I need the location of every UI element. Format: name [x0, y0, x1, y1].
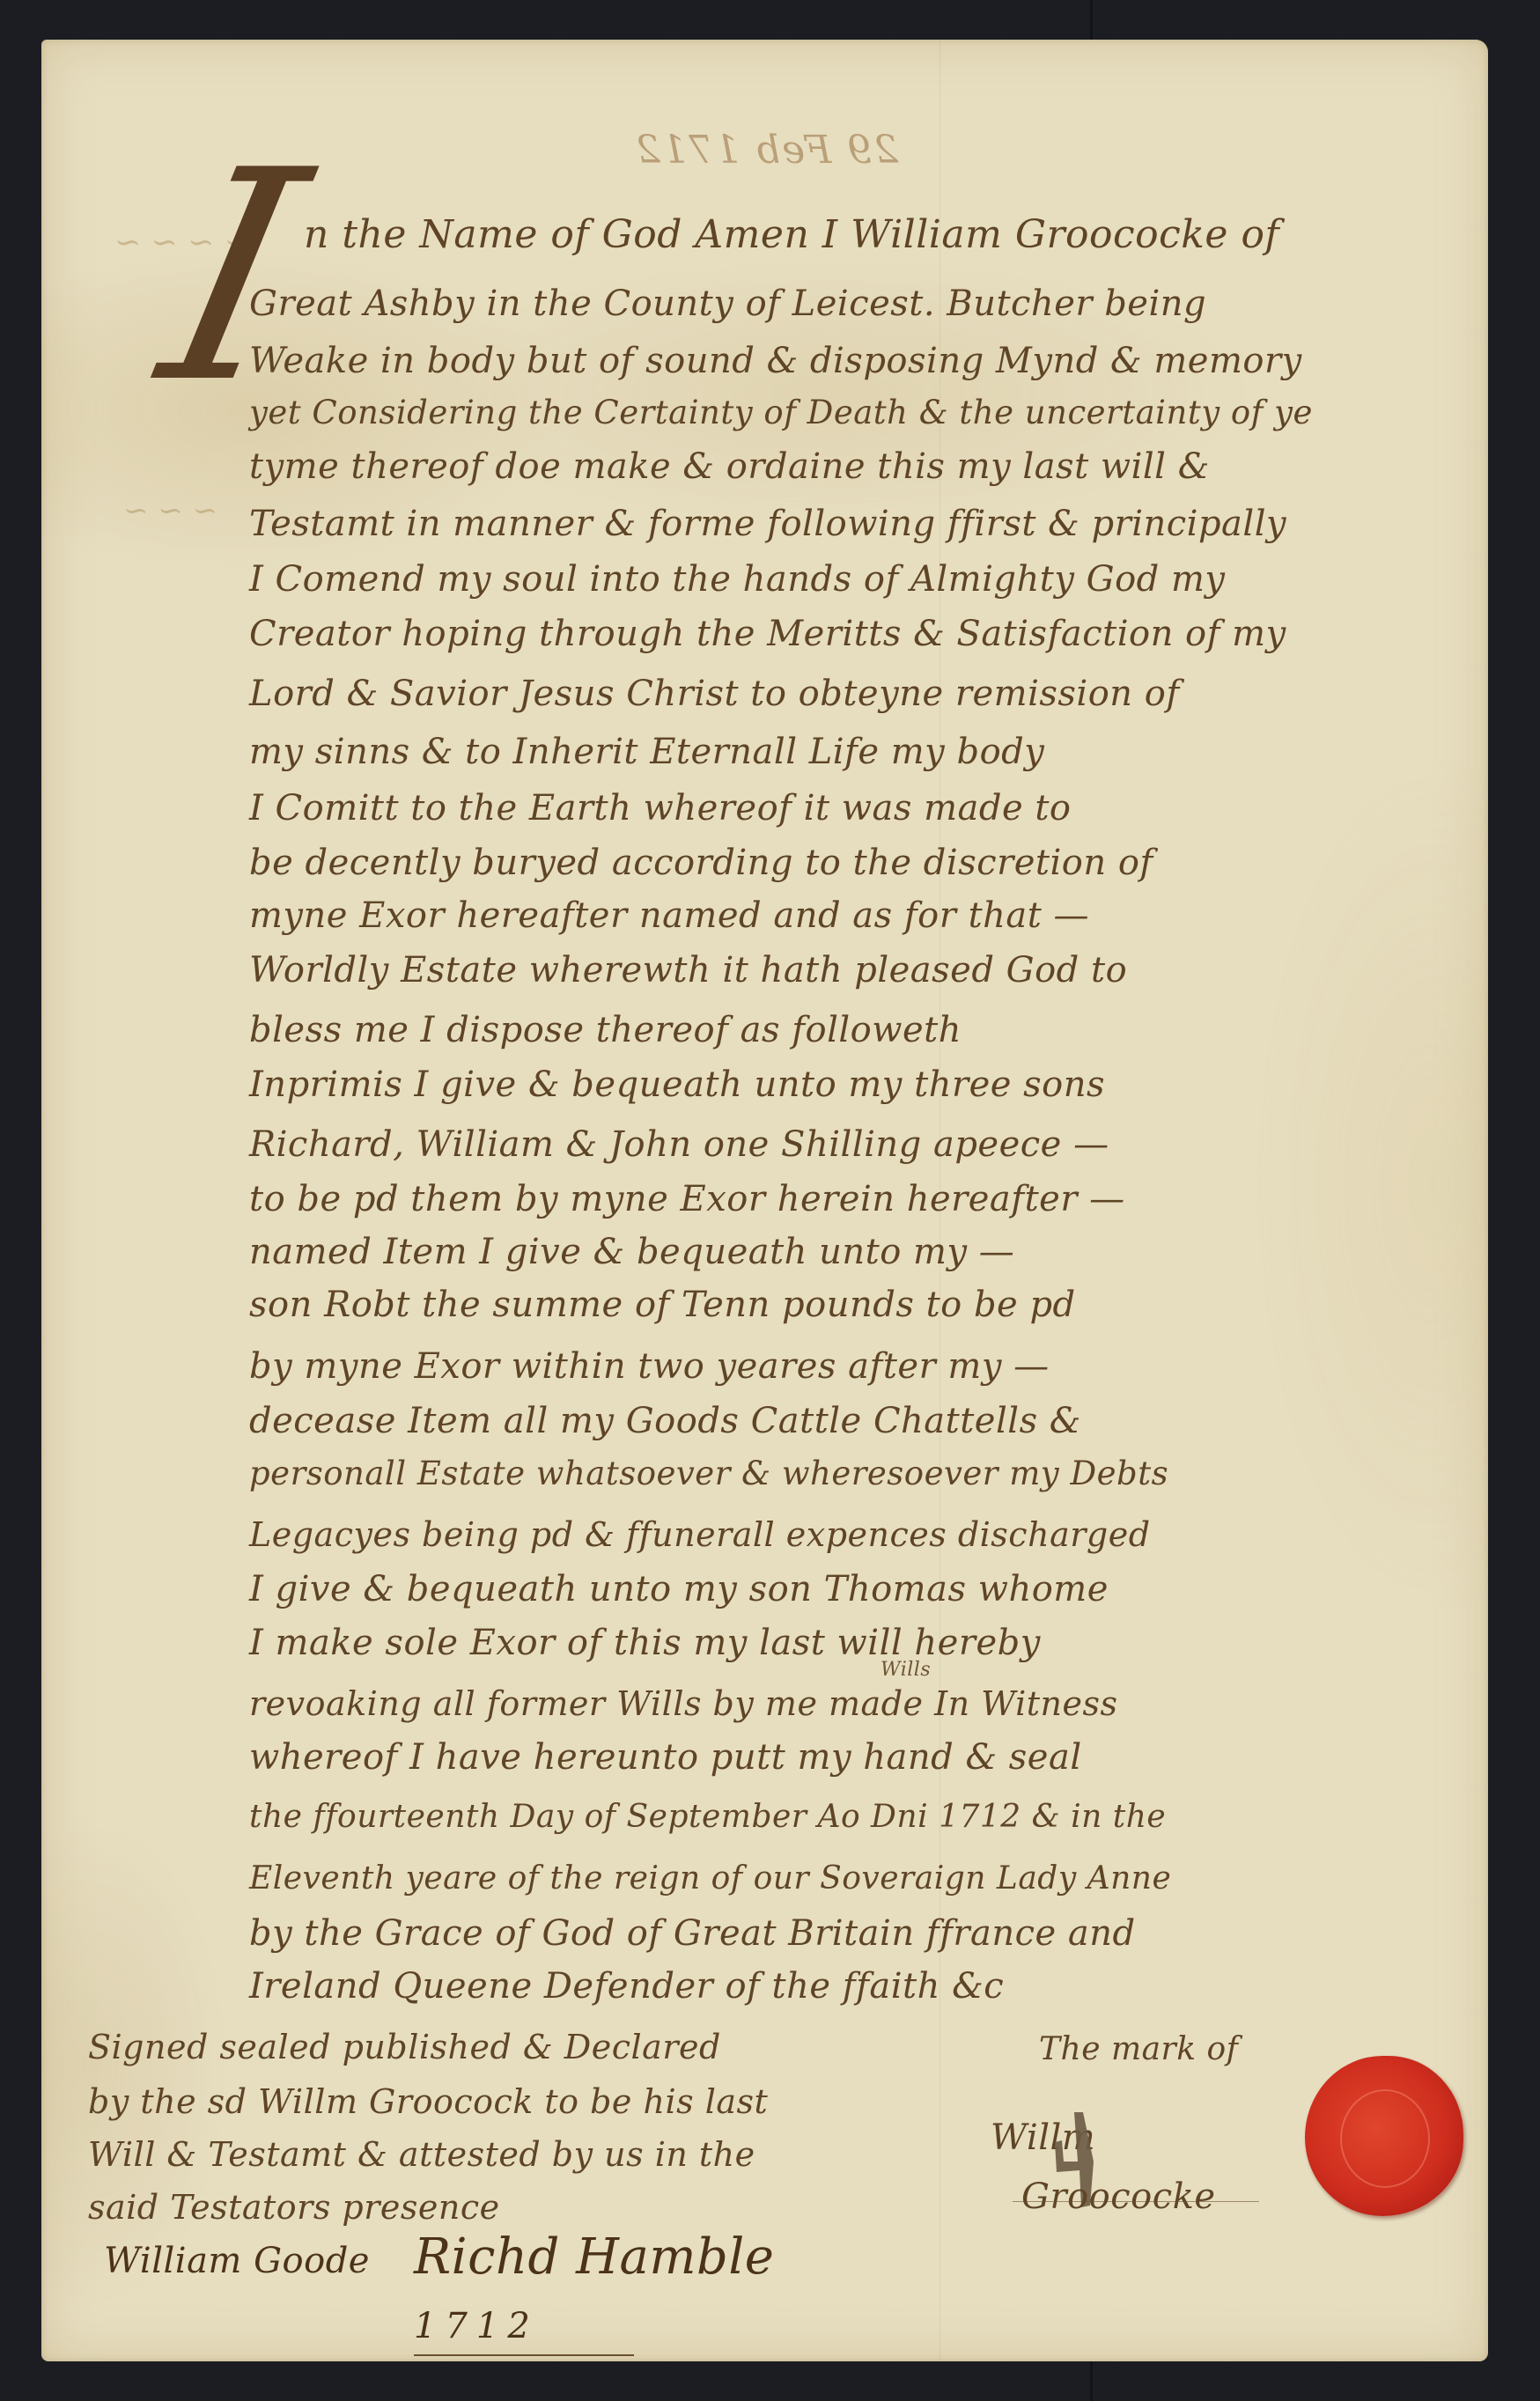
will-line-5: tyme thereof doe make & ordaine this my … — [249, 449, 1210, 484]
will-line-14: Worldly Estate wherewth it hath pleased … — [249, 953, 1127, 988]
witness-flourish-underline — [414, 2354, 634, 2356]
will-line-20: son Robt the summe of Tenn pounds to be … — [249, 1287, 1076, 1322]
will-line-10: my sinns & to Inherit Eternall Life my b… — [249, 734, 1044, 770]
will-line-30: Eleventh yeare of the reign of our Sover… — [249, 1863, 1171, 1895]
will-line-32: Ireland Queene Defender of the ffaith &c — [249, 1969, 1004, 2004]
will-line-7: I Comend my soul into the hands of Almig… — [249, 562, 1226, 597]
testator-mark-label: The mark of — [1039, 2034, 1239, 2066]
will-line-17: Richard, William & John one Shilling ape… — [249, 1127, 1109, 1162]
will-line-21: by myne Exor within two yeares after my … — [249, 1349, 1050, 1384]
will-line-31: by the Grace of God of Great Britain ffr… — [249, 1916, 1136, 1951]
will-line-29: the ffourteenth Day of September Ao Dni … — [249, 1801, 1166, 1833]
will-line-8: Creator hoping through the Meritts & Sat… — [249, 616, 1286, 652]
will-line-27: revoaking all former Wills by me made In… — [249, 1687, 1117, 1720]
bleed-through-text: ~ ~ ~ — [123, 493, 217, 528]
will-line-1: n the Name of God Amen I William Groococ… — [304, 216, 1279, 254]
will-line-23: personall Estate whatsoever & wheresoeve… — [249, 1457, 1168, 1490]
interlineation-wills: Wills — [881, 1661, 931, 1680]
will-line-4: yet Considering the Certainty of Death &… — [249, 396, 1313, 429]
witness-signature-william-goode: William Goode — [104, 2243, 370, 2279]
will-line-3: Weake in body but of sound & disposing M… — [249, 343, 1302, 379]
will-line-16: Inprimis I give & bequeath unto my three… — [249, 1067, 1105, 1102]
will-line-13: myne Exor hereafter named and as for tha… — [249, 898, 1089, 933]
will-line-22: decease Item all my Goods Cattle Chattel… — [249, 1403, 1081, 1439]
will-line-11: I Comitt to the Earth whereof it was mad… — [249, 791, 1072, 826]
will-line-26: I make sole Exor of this my last will he… — [249, 1625, 1041, 1661]
will-line-28: whereof I have hereunto putt my hand & s… — [249, 1740, 1082, 1775]
will-line-15: bless me I dispose thereof as followeth — [249, 1013, 962, 1048]
attestation-line-2: by the sd Willm Groocock to be his last — [88, 2085, 768, 2118]
will-line-2: Great Ashby in the County of Leicest. Bu… — [249, 286, 1206, 321]
signature-line — [1013, 2201, 1259, 2202]
attestation-line-1: Signed sealed published & Declared — [88, 2030, 721, 2064]
will-line-12: be decently buryed according to the disc… — [249, 845, 1153, 880]
will-line-18: to be pd them by myne Exor herein hereaf… — [249, 1182, 1125, 1217]
witness-signature-year: 1712 — [414, 2309, 539, 2344]
will-line-25: I give & bequeath unto my son Thomas who… — [249, 1572, 1109, 1607]
will-line-19: named Item I give & bequeath unto my — — [249, 1234, 1014, 1270]
witness-signature-richard-hamble: Richd Hamble — [414, 2233, 774, 2282]
docket-date-reversed: 29 Feb 1712 — [634, 128, 898, 173]
testator-last-name: Groococke — [1021, 2179, 1216, 2214]
will-line-6: Testamt in manner & forme following ffir… — [249, 506, 1286, 541]
red-wax-seal — [1305, 2056, 1463, 2216]
will-line-9: Lord & Savior Jesus Christ to obteyne re… — [249, 676, 1180, 711]
attestation-line-3: Will & Testamt & attested by us in the — [88, 2138, 755, 2171]
will-line-24: Legacyes being pd & ffunerall expences d… — [249, 1518, 1151, 1551]
attestation-line-4: said Testators presence — [88, 2191, 500, 2224]
